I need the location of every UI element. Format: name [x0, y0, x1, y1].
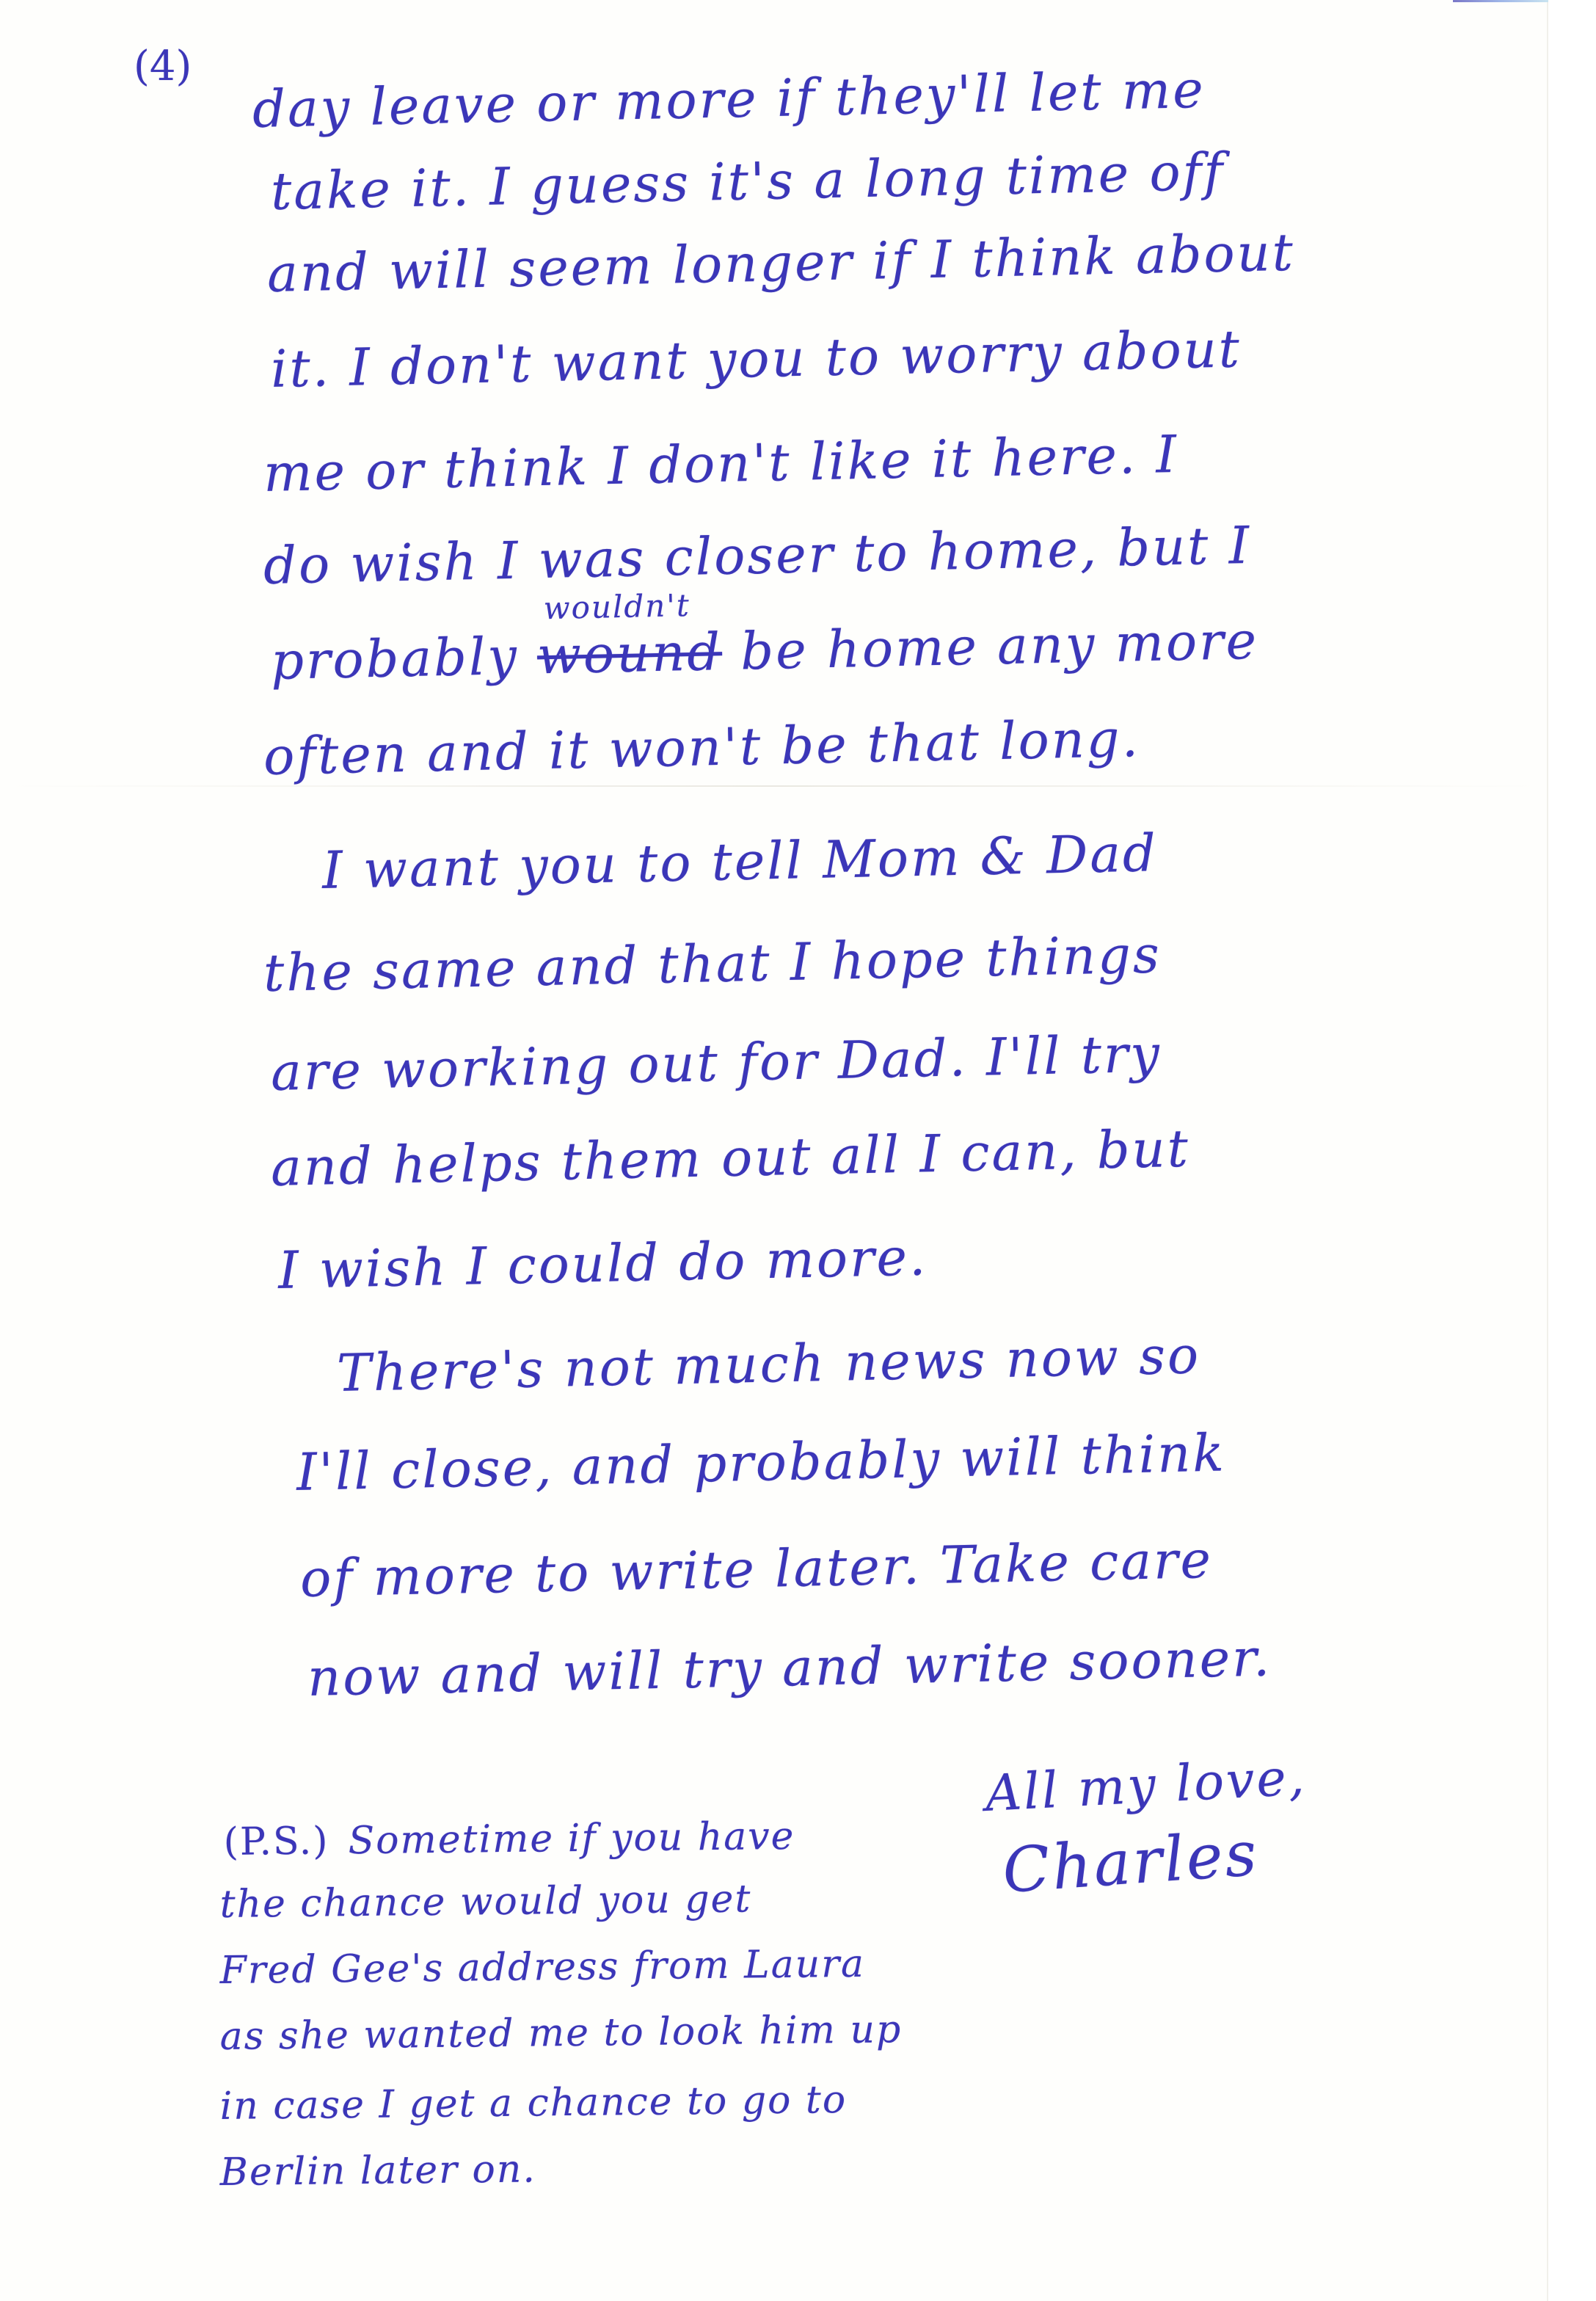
page-number: (4)	[134, 43, 192, 90]
valediction: All my love,	[984, 1748, 1308, 1823]
postscript-line: (P.S.)Sometime if you have	[223, 1814, 795, 1864]
letter-line: it. I don't want you to worry about	[270, 319, 1242, 399]
postscript-line: Fred Gee's address from Laura	[219, 1942, 865, 1993]
postscript-line: the chance would you get	[219, 1877, 751, 1927]
letter-line: I want you to tell Mom & Dad	[321, 823, 1158, 901]
letter-line: do wish I was closer to home, but I	[263, 515, 1252, 596]
postscript-text: Sometime if you have	[348, 1814, 795, 1863]
letter-word: be home any more	[740, 611, 1258, 682]
letter-line: I wish I could do more.	[277, 1226, 928, 1301]
scan-edge-artifact	[1453, 0, 1548, 2]
letter-line: I'll close, and probably will think	[296, 1422, 1226, 1502]
letter-line: now and will try and write sooner.	[307, 1627, 1272, 1708]
correction: wouldn't wound	[536, 622, 723, 686]
letter-word: probably	[270, 626, 519, 691]
postscript-line: Berlin later on.	[219, 2147, 536, 2195]
struck-word: wound	[536, 622, 723, 686]
letter-line: of more to write later. Take care	[299, 1530, 1213, 1609]
letter-line: me or think I don't like it here. I	[263, 424, 1178, 504]
letter-line: often and it won't be that long.	[263, 708, 1140, 787]
letter-page: (4) day leave or more if they'll let me …	[0, 0, 1548, 2301]
postscript-line: as she wanted me to look him up	[219, 2007, 902, 2059]
letter-line-with-correction: probably wouldn't wound be home any more	[270, 611, 1259, 691]
letter-line: the same and that I hope things	[263, 924, 1162, 1003]
signature: Charles	[1000, 1817, 1261, 1907]
letter-line: and will seem longer if I think about	[266, 222, 1295, 304]
postscript-label: (P.S.)	[223, 1819, 329, 1864]
letter-line: take it. I guess it's a long time off	[270, 142, 1225, 222]
letter-line: are working out for Dad. I'll try	[270, 1024, 1162, 1102]
letter-line: There's not much news now so	[336, 1325, 1201, 1403]
letter-line: and helps them out all I can, but	[270, 1119, 1190, 1198]
paper-fold-line	[0, 785, 1547, 787]
inserted-word: wouldn't	[543, 587, 690, 626]
letter-line: day leave or more if they'll let me	[252, 59, 1206, 139]
postscript-line: in case I get a chance to go to	[219, 2078, 847, 2129]
